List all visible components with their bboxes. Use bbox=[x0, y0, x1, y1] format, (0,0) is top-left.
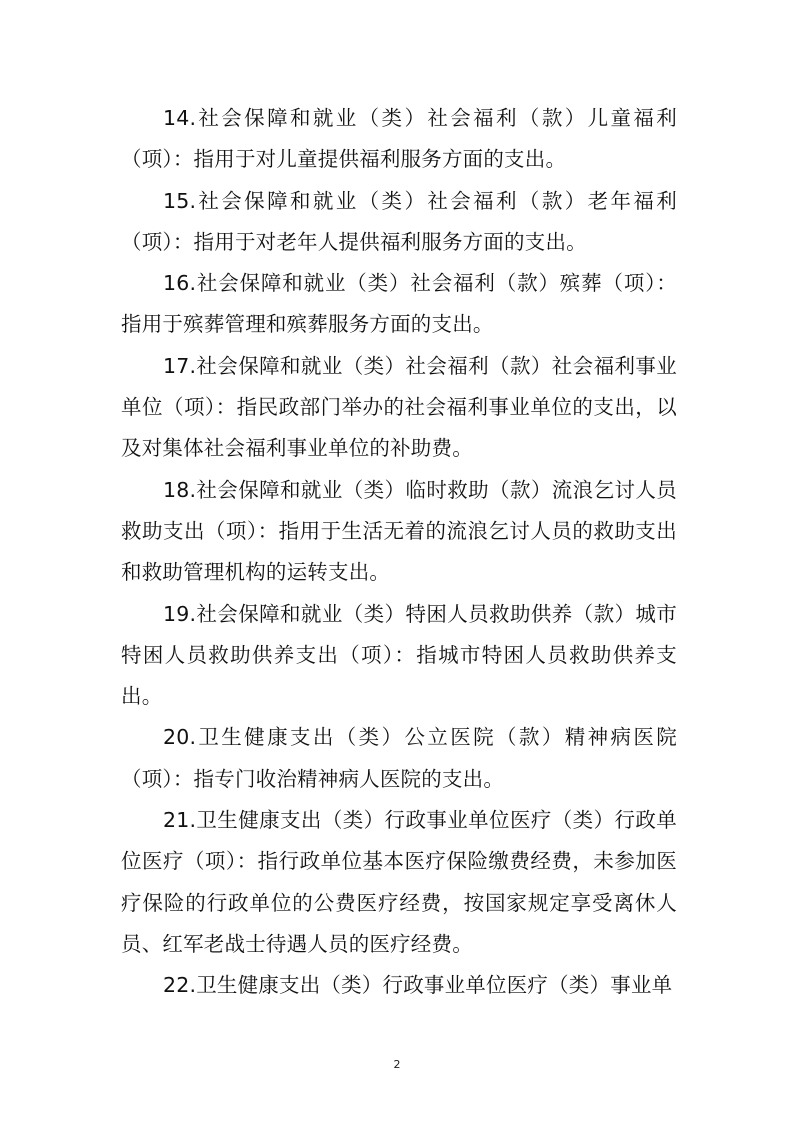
document-body: 14.社会保障和就业（类）社会福利（款）儿童福利（项）：指用于对儿童提供福利服务… bbox=[121, 98, 677, 1007]
page-number: 2 bbox=[0, 1058, 794, 1071]
paragraph-22: 22.卫生健康支出（类）行政事业单位医疗（类）事业单 bbox=[121, 965, 677, 1006]
paragraph-20: 20.卫生健康支出（类）公立医院（款）精神病医院（项）：指专门收治精神病人医院的… bbox=[121, 717, 677, 800]
paragraph-14: 14.社会保障和就业（类）社会福利（款）儿童福利（项）：指用于对儿童提供福利服务… bbox=[121, 98, 677, 181]
paragraph-16: 16.社会保障和就业（类）社会福利（款）殡葬（项）：指用于殡葬管理和殡葬服务方面… bbox=[121, 263, 677, 346]
paragraph-18: 18.社会保障和就业（类）临时救助（款）流浪乞讨人员救助支出（项）：指用于生活无… bbox=[121, 470, 677, 594]
paragraph-21: 21.卫生健康支出（类）行政事业单位医疗（类）行政单位医疗（项）：指行政单位基本… bbox=[121, 800, 677, 965]
document-page: 14.社会保障和就业（类）社会福利（款）儿童福利（项）：指用于对儿童提供福利服务… bbox=[0, 0, 794, 1122]
paragraph-15: 15.社会保障和就业（类）社会福利（款）老年福利（项）：指用于对老年人提供福利服… bbox=[121, 181, 677, 264]
paragraph-17: 17.社会保障和就业（类）社会福利（款）社会福利事业单位（项）：指民政部门举办的… bbox=[121, 346, 677, 470]
paragraph-19: 19.社会保障和就业（类）特困人员救助供养（款）城市特困人员救助供养支出（项）：… bbox=[121, 594, 677, 718]
